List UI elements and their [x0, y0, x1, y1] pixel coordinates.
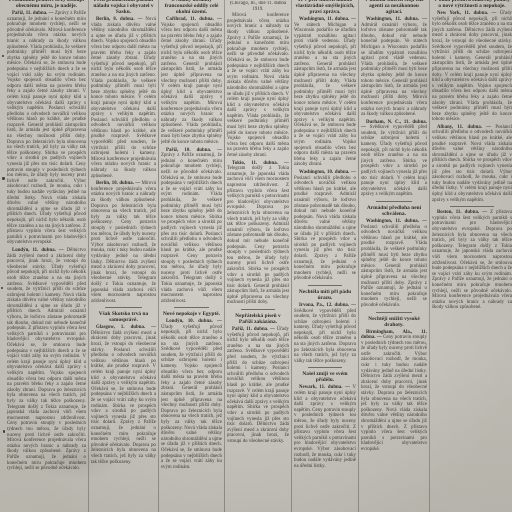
column-divider	[429, 0, 430, 512]
article-body: Newark, 11. dubna. — V celém kraji panuj…	[294, 385, 356, 469]
article-body: Washington, 10. dubna. — Poslanci schvál…	[294, 170, 356, 282]
article-body: Albany, 11. dubna. — Poslanci schválili …	[432, 125, 512, 203]
article-body: Irvona, Pa., 12. dubna. — Svědkové vypov…	[294, 303, 356, 365]
article-separator-rule	[174, 307, 208, 308]
article-body: Paříž, 10. dubna. — Zprávy z Paříže ozna…	[161, 148, 222, 305]
scan-speck	[2, 55, 4, 57]
article-separator-rule	[450, 206, 495, 207]
article-body: Mírová konference projednávala včera otá…	[227, 13, 289, 158]
article-dateline: Londýn, 11. dubna. —	[12, 248, 64, 253]
article-body: Boston, 11. dubna. — Z přístavu vyplulo …	[432, 210, 512, 311]
article-text: Mírová konference projednávala včera otá…	[227, 13, 289, 158]
article-dateline: Boston, 11. dubna. —	[437, 210, 487, 215]
article-dateline: Berlín, 8. dubna. —	[96, 17, 142, 22]
article-text: Admirál oznámil výboru, že loďstvo zůsta…	[361, 23, 427, 118]
article-body: Washington, 11. dubna. — Admirál oznámil…	[361, 17, 427, 118]
article-headline: Nechtějí snížiti vysoké drahoty.	[362, 316, 426, 328]
article-headline: V mnoha státech stojí cizí agenti za nez…	[362, 0, 426, 15]
article-body: Durham, N. C., 11. dubna. — Svědkové vyp…	[361, 120, 427, 198]
article-dateline: Irvona, Pa., 12. dubna. —	[299, 303, 356, 308]
article-headline: U Adany obsadily francouzské oddíly celé…	[162, 0, 221, 15]
article-text: Zprávy z Paříže oznamují, že jednání o k…	[161, 153, 222, 303]
article-text: Telegram došlý z Tokia oznamuje, že japo…	[227, 166, 289, 305]
column-divider	[224, 0, 225, 512]
newspaper-column: V mnoha státech stojí cizí agenti za nez…	[361, 0, 427, 512]
article-text: Úřady vyšetřují původ nepokojů, při nich…	[432, 11, 512, 122]
article-separator-rule	[376, 201, 413, 202]
column-divider	[158, 0, 159, 512]
newspaper-columns: Prozatímní příměří brzy ustoupí obecnému…	[7, 0, 512, 512]
article-dateline: Tokio, 11. dubna. —	[232, 161, 289, 166]
article-headline: Před prohlášením poznali náladu vojska i…	[92, 0, 155, 15]
article-text: Mírová konference projednávala včera otá…	[91, 181, 156, 303]
article-dateline: Washington, 10. dubna. —	[299, 170, 356, 175]
article-separator-rule	[376, 312, 413, 313]
article-body: Washington, 11. dubna. — Poslanci schvál…	[361, 219, 427, 309]
column-divider	[291, 0, 292, 512]
article-dateline: Washington, 11. dubna. —	[299, 17, 356, 22]
newspaper-column: Je v pěti státech mnoho vlastizrádně smý…	[294, 0, 356, 512]
article-text: Dělnictvo žádá zvýšení mezd a zkrácení d…	[7, 248, 86, 471]
article-text: Ceny potravin stouply v posledních týdne…	[361, 335, 427, 452]
article-text: V celém kraji panuje nyní úplný klid a o…	[294, 385, 356, 468]
article-dateline: Paříž, 11. dubna. —	[12, 11, 54, 16]
article-credit-line: (Chicago, Ill., dne 11. dubna 1919.	[227, 1, 289, 12]
article-headline: Našel zmiji ve svém přídělu.	[295, 371, 355, 383]
article-dateline: Paříž, 11. dubna. —	[232, 327, 275, 332]
article-headline: Armádní předloha není schválena.	[362, 205, 426, 217]
column-divider	[88, 0, 89, 512]
article-dateline: Glasgow, 1. dubna. —	[96, 325, 156, 330]
article-dateline: Berlín, 10. dubna. —	[96, 181, 140, 186]
article-text: Poslanci schválili předlohu o odvodech n…	[432, 125, 512, 203]
article-text: Poslanci schválili předlohu o odvodech n…	[361, 225, 427, 308]
article-headline: Nepřátelská píseň v Paříži zakázána.	[228, 313, 288, 325]
article-body: New York, 11. dubna. — Úřady vyšetřují p…	[432, 11, 512, 123]
article-text: Svědkové vypověděli před soudem, že výtr…	[361, 125, 427, 197]
newspaper-page: Prozatímní příměří brzy ustoupí obecnému…	[0, 0, 512, 512]
article-body: Cařihrad, 11. dubna. — Vojsko spojenců o…	[161, 17, 222, 146]
article-dateline: Newark, 11. dubna. —	[299, 385, 350, 390]
article-dateline: Washington, 11. dubna. —	[366, 219, 427, 224]
article-body: Londýn, 10. dubna. — Úřady vyšetřují pův…	[161, 319, 222, 470]
article-separator-rule	[241, 309, 276, 310]
article-text: Úřady vyšetřují původ nepokojů, při nich…	[227, 327, 289, 444]
newspaper-column: Před prohlášením poznali náladu vojska i…	[91, 0, 156, 512]
article-text: Zprávy z Paříže oznamují, že jednání o k…	[7, 11, 86, 245]
column-divider	[358, 0, 359, 512]
article-headline: Je v pěti státech mnoho vlastizrádně smý…	[295, 0, 355, 15]
article-text: Úřady vyšetřují původ nepokojů, při nich…	[161, 325, 222, 470]
newspaper-column: Prozatímní příměří brzy ustoupí obecnému…	[7, 0, 86, 512]
newspaper-column: (Chicago, Ill., dne 11. dubna 1919.Mírov…	[227, 0, 289, 512]
article-dateline: Paříž, 10. dubna. —	[166, 148, 222, 153]
article-body: Paříž, 11. dubna. — Zprávy z Paříže ozna…	[7, 11, 86, 246]
article-text: Dělnictvo žádá zvýšení mezd a zkrácení d…	[91, 331, 156, 465]
scan-speck	[1, 287, 3, 289]
article-text: Z přístavu vyplulo včera šest velikých p…	[432, 210, 512, 310]
article-body: Washington, 11. dubna. — Ve státech Mich…	[294, 17, 356, 168]
article-body: Glasgow, 1. dubna. — Dělnictvo žádá zvýš…	[91, 325, 156, 465]
article-dateline: New York, 11. dubna. —	[437, 11, 496, 16]
article-body: Birmingham, Ala., 11. dubna. — Ceny potr…	[361, 330, 427, 453]
article-headline: Nové nepokoje v Egyptě.	[162, 311, 221, 317]
article-headline: Prozatímní příměří brzy ustoupí obecnému…	[8, 0, 85, 9]
article-body: Tokio, 11. dubna. — Telegram došlý z Tok…	[227, 161, 289, 306]
article-separator-rule	[308, 285, 343, 286]
article-dateline: Londýn, 10. dubna. —	[166, 319, 222, 324]
article-body: Paříž, 11. dubna. — Úřady vyšetřují půvo…	[227, 327, 289, 444]
article-headline: V okolí přístavů zmařeny pokusy o nové v…	[433, 0, 511, 9]
article-text: Poslanci schválili předlohu o odvodech n…	[294, 176, 356, 282]
article-text: Vojsko spojenců obsadilo včera bez odpor…	[161, 23, 222, 145]
article-text: Nová vláda získala důvěru valné většiny …	[91, 17, 156, 179]
article-headline: Však Skotsko trvá na samosprávě.	[92, 311, 155, 323]
article-text: Svědkové vypověděli před soudem, že výtr…	[294, 309, 356, 364]
newspaper-column: U Adany obsadily francouzské oddíly celé…	[161, 0, 222, 512]
newspaper-column: V okolí přístavů zmařeny pokusy o nové v…	[432, 0, 512, 512]
article-separator-rule	[308, 367, 343, 368]
article-body: Londýn, 11. dubna. — Dělnictvo žádá zvýš…	[7, 248, 86, 472]
article-text: Ve státech Michigan a Wisconsin podařilo…	[294, 23, 356, 168]
article-dateline: Washington, 11. dubna. —	[366, 17, 427, 22]
scan-speck	[3, 430, 5, 433]
article-separator-rule	[105, 307, 141, 308]
article-body: Berlín, 8. dubna. — Nová vláda získala d…	[91, 17, 156, 179]
article-body: Berlín, 10. dubna. — Mírová konference p…	[91, 181, 156, 304]
scan-speck	[2, 177, 5, 180]
article-dateline: Cařihrad, 11. dubna. —	[166, 17, 222, 22]
article-headline: Nechtěla míti při pádu úrazu.	[295, 289, 355, 301]
